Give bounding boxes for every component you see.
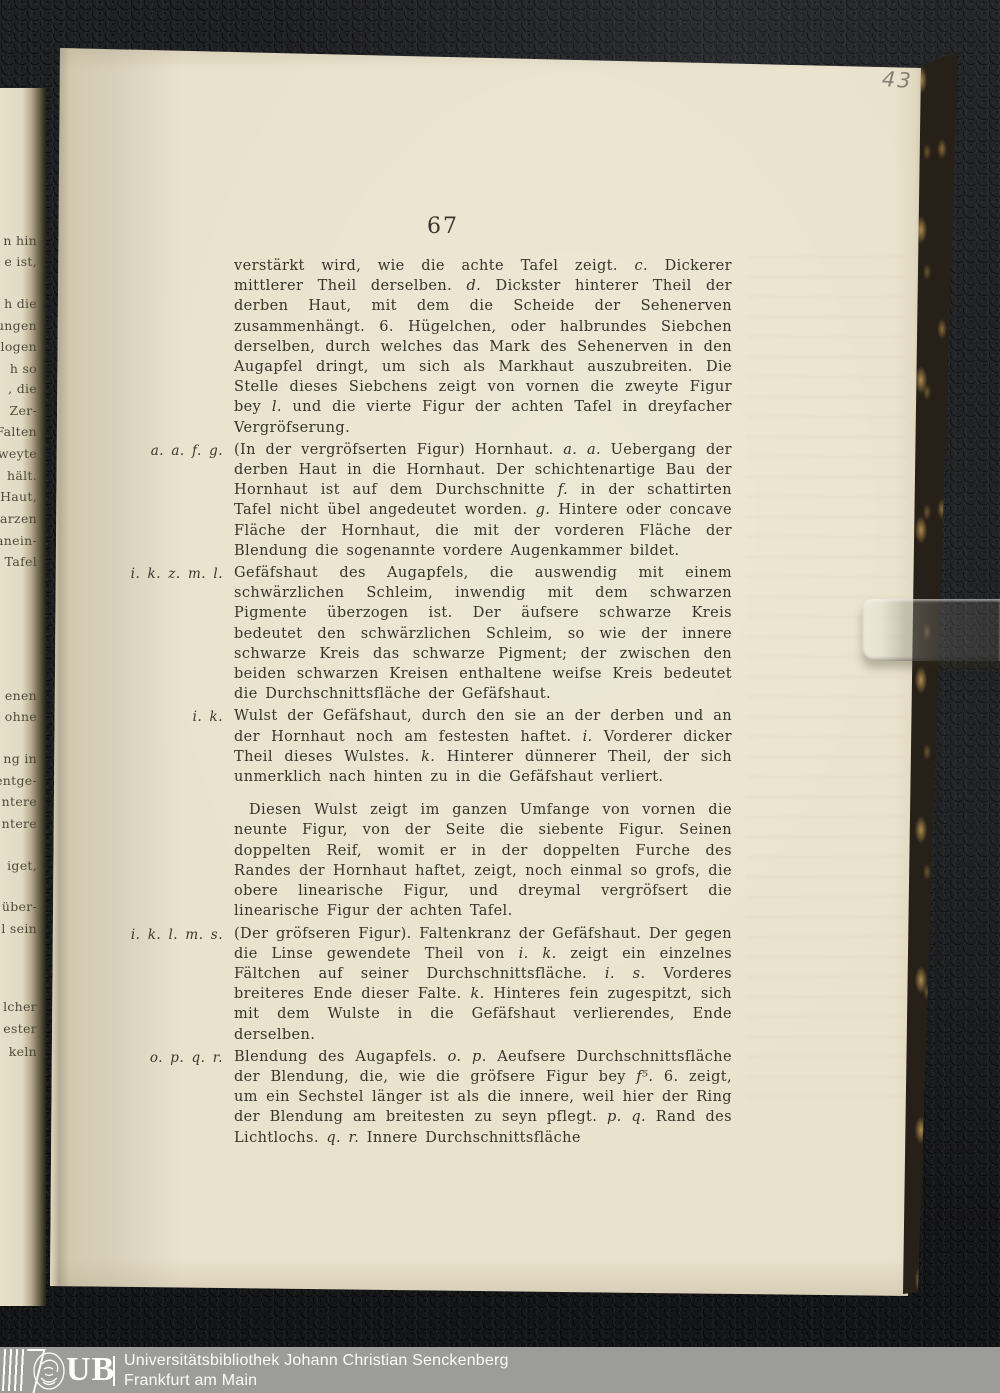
page-number: 67 (427, 214, 459, 239)
facing-page-text-fragment: logen (1, 339, 37, 354)
facing-page-text-fragment: weyte (0, 446, 37, 461)
facing-page-text-fragment: Haut, (0, 489, 37, 504)
paragraph: verstärkt wird, wie die achte Tafel zeig… (234, 256, 732, 438)
facing-page-text-fragment: e ist, (4, 254, 37, 269)
facing-page-text-fragment: h die (4, 296, 37, 311)
ub-logo-text: UB (66, 1350, 115, 1390)
text-block: verstärkt wird, wie die achte Tafel zeig… (234, 254, 732, 1148)
margin-label: i. k. (193, 707, 223, 727)
facing-page-text-fragment: anein- (0, 533, 37, 548)
paragraph: a. a. f. g.(In der vergröfserten Figur) … (234, 440, 732, 561)
plastic-page-holder (862, 599, 1000, 661)
facing-page-text-fragment: Tafel (5, 554, 37, 569)
facing-page-text-fragment: iget, (7, 858, 37, 873)
facing-page-text-fragment: Zer- (10, 403, 37, 418)
library-name: Universitätsbibliothek Johann Christian … (124, 1351, 509, 1371)
senckenberg-portrait-icon (32, 1352, 66, 1390)
reverse-side-showthrough (746, 256, 906, 1116)
library-banner: UB Universitätsbibliothek Johann Christi… (0, 1347, 1000, 1393)
facing-page-text-fragment: ntere (2, 794, 37, 809)
facing-page-text-fragment: entge- (0, 773, 37, 788)
facing-page-text-fragment: warzen (0, 511, 37, 526)
facing-page-text-fragment: n hin (3, 233, 37, 248)
margin-label: o. p. q. r. (150, 1048, 223, 1068)
logo-divider (113, 1356, 115, 1386)
facing-page-text-fragment: Falten (0, 424, 37, 439)
facing-page-text-fragment: ungen (0, 318, 37, 333)
margin-label: a. a. f. g. (151, 441, 223, 461)
paragraph: i. k.Wulst der Gefäfshaut, durch den sie… (234, 706, 732, 787)
facing-page-text-fragment: , die (8, 381, 37, 396)
facing-page-text-fragment: ng in (3, 751, 37, 766)
margin-label: i. k. l. m. s. (131, 925, 223, 945)
facing-page-text-fragment: ester (3, 1021, 37, 1036)
paragraph: i. k. l. m. s.(Der gröfseren Figur). Fal… (234, 924, 732, 1045)
paragraph: i. k. z. m. l.Gefäfshaut des Augapfels, … (234, 563, 732, 704)
facing-page-text-fragment: ntere (2, 816, 37, 831)
library-city: Frankfurt am Main (124, 1371, 509, 1391)
facing-page-text-fragment: über- (2, 899, 37, 914)
paragraph: Diesen Wulst zeigt im ganzen Umfange von… (234, 800, 732, 921)
facing-page-text-fragment: keln (9, 1044, 37, 1059)
scanned-page: 67 43 verstärkt wird, wie die achte Tafe… (46, 44, 924, 1300)
facing-page-text-fragment: h so (10, 361, 37, 376)
ub-logo: UB (0, 1347, 118, 1393)
left-page-edge: n hine ist,h dieungenlogenh so, dieZer-F… (0, 88, 46, 1306)
margin-label: i. k. z. m. l. (131, 564, 223, 584)
facing-page-text-fragment: hält. (7, 468, 37, 483)
handwritten-folio-number: 43 (881, 67, 913, 93)
facing-page-text-fragment: ohne (5, 709, 37, 724)
facing-page-text-fragment: enen (5, 688, 37, 703)
paragraph: o. p. q. r.Blendung des Augapfels. o. p.… (234, 1047, 732, 1148)
facing-page-text-fragment: lcher (3, 999, 37, 1014)
facing-page-text-fragment: l sein (1, 921, 37, 936)
